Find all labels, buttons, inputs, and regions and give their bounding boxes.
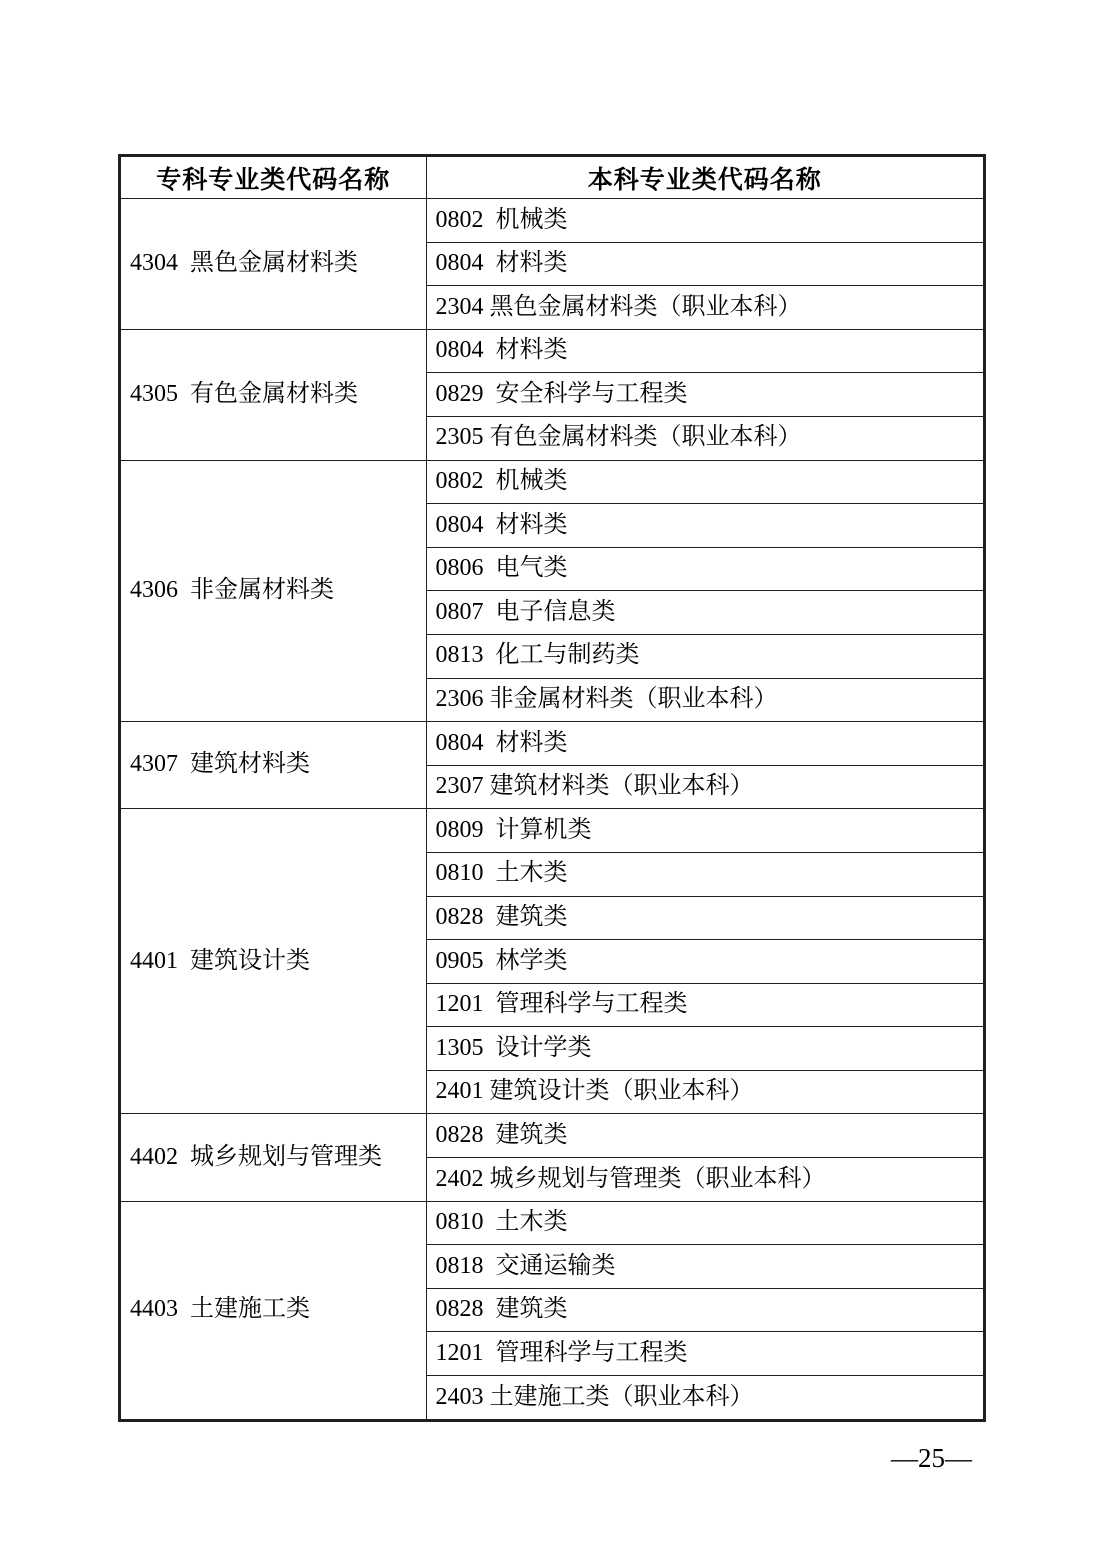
benke-major-cell: 0807 电子信息类 bbox=[426, 591, 984, 635]
header-row: 专科专业类代码名称 本科专业类代码名称 bbox=[120, 156, 984, 199]
document-page: 专科专业类代码名称 本科专业类代码名称 4304 黑色金属材料类0802 机械类… bbox=[0, 0, 1102, 1559]
benke-major-cell: 0806 电气类 bbox=[426, 547, 984, 591]
benke-major-cell: 0810 土木类 bbox=[426, 852, 984, 896]
benke-major-cell: 2306 非金属材料类（职业本科） bbox=[426, 678, 984, 722]
zhuanke-group-cell: 4306 非金属材料类 bbox=[120, 460, 426, 722]
column-header-zhuanke: 专科专业类代码名称 bbox=[120, 156, 426, 199]
benke-major-cell: 0804 材料类 bbox=[426, 329, 984, 373]
table-row: 4401 建筑设计类0809 计算机类 bbox=[120, 809, 984, 853]
table-row: 4403 土建施工类0810 土木类 bbox=[120, 1201, 984, 1245]
benke-major-cell: 0829 安全科学与工程类 bbox=[426, 373, 984, 417]
page-number: —25— bbox=[891, 1443, 972, 1474]
benke-major-cell: 0828 建筑类 bbox=[426, 1288, 984, 1332]
zhuanke-group-cell: 4401 建筑设计类 bbox=[120, 809, 426, 1114]
benke-major-cell: 2402 城乡规划与管理类（职业本科） bbox=[426, 1158, 984, 1202]
benke-major-cell: 2305 有色金属材料类（职业本科） bbox=[426, 416, 984, 460]
benke-major-cell: 0828 建筑类 bbox=[426, 1114, 984, 1158]
benke-major-cell: 0802 机械类 bbox=[426, 199, 984, 243]
benke-major-cell: 2307 建筑材料类（职业本科） bbox=[426, 765, 984, 809]
benke-major-cell: 0818 交通运输类 bbox=[426, 1245, 984, 1289]
benke-major-cell: 0813 化工与制药类 bbox=[426, 634, 984, 678]
table-row: 4306 非金属材料类0802 机械类 bbox=[120, 460, 984, 504]
table-row: 4307 建筑材料类0804 材料类 bbox=[120, 722, 984, 766]
major-code-mapping-table: 专科专业类代码名称 本科专业类代码名称 4304 黑色金属材料类0802 机械类… bbox=[119, 155, 985, 1421]
benke-major-cell: 2304 黑色金属材料类（职业本科） bbox=[426, 286, 984, 330]
benke-major-cell: 0804 材料类 bbox=[426, 504, 984, 548]
benke-major-cell: 2401 建筑设计类（职业本科） bbox=[426, 1070, 984, 1114]
zhuanke-group-cell: 4403 土建施工类 bbox=[120, 1201, 426, 1419]
benke-major-cell: 2403 土建施工类（职业本科） bbox=[426, 1376, 984, 1420]
benke-major-cell: 0828 建筑类 bbox=[426, 896, 984, 940]
zhuanke-group-cell: 4402 城乡规划与管理类 bbox=[120, 1114, 426, 1201]
benke-major-cell: 0804 材料类 bbox=[426, 722, 984, 766]
benke-major-cell: 1201 管理科学与工程类 bbox=[426, 983, 984, 1027]
benke-major-cell: 0804 材料类 bbox=[426, 242, 984, 286]
zhuanke-group-cell: 4305 有色金属材料类 bbox=[120, 329, 426, 460]
benke-major-cell: 0905 林学类 bbox=[426, 940, 984, 984]
benke-major-cell: 0810 土木类 bbox=[426, 1201, 984, 1245]
table-row: 4304 黑色金属材料类0802 机械类 bbox=[120, 199, 984, 243]
table-row: 4305 有色金属材料类0804 材料类 bbox=[120, 329, 984, 373]
benke-major-cell: 0809 计算机类 bbox=[426, 809, 984, 853]
table-body: 4304 黑色金属材料类0802 机械类0804 材料类2304 黑色金属材料类… bbox=[120, 199, 984, 1420]
benke-major-cell: 0802 机械类 bbox=[426, 460, 984, 504]
benke-major-cell: 1305 设计学类 bbox=[426, 1027, 984, 1071]
column-header-benke: 本科专业类代码名称 bbox=[426, 156, 984, 199]
zhuanke-group-cell: 4307 建筑材料类 bbox=[120, 722, 426, 809]
zhuanke-group-cell: 4304 黑色金属材料类 bbox=[120, 199, 426, 330]
benke-major-cell: 1201 管理科学与工程类 bbox=[426, 1332, 984, 1376]
table-row: 4402 城乡规划与管理类0828 建筑类 bbox=[120, 1114, 984, 1158]
